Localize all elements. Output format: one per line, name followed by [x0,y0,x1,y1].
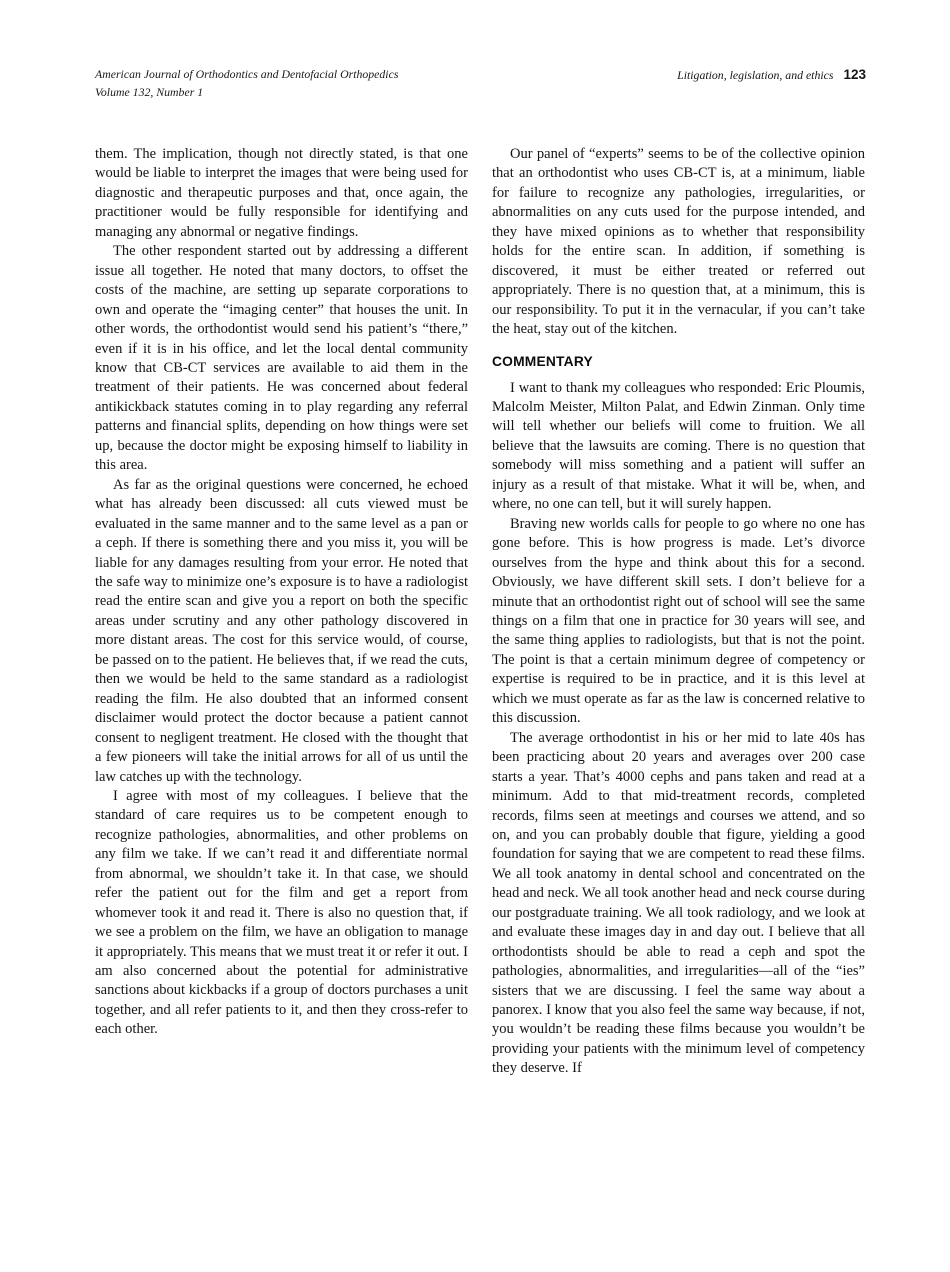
paragraph: Braving new worlds calls for people to g… [492,515,865,729]
paragraph: I agree with most of my colleagues. I be… [95,787,468,1040]
paragraph: The other respondent started out by addr… [95,242,468,475]
volume-info: Volume 132, Number 1 [95,84,398,102]
article-title: Litigation, legislation, and ethics [677,68,833,82]
section-heading-commentary: COMMENTARY [492,354,865,369]
journal-page: American Journal of Orthodontics and Den… [0,0,950,1272]
article-header: Litigation, legislation, and ethics123 [677,66,866,85]
right-column: Our panel of “experts” seems to be of th… [492,145,865,1079]
paragraph: I want to thank my colleagues who respon… [492,379,865,515]
paragraph: Our panel of “experts” seems to be of th… [492,145,865,340]
journal-identification: American Journal of Orthodontics and Den… [95,66,398,101]
article-body: them. The implication, though not direct… [95,145,866,1079]
paragraph: The average orthodontist in his or her m… [492,729,865,1079]
page-number: 123 [843,67,866,82]
journal-name: American Journal of Orthodontics and Den… [95,66,398,84]
left-column: them. The implication, though not direct… [95,145,468,1079]
running-head: American Journal of Orthodontics and Den… [95,66,866,101]
paragraph: As far as the original questions were co… [95,476,468,787]
paragraph: them. The implication, though not direct… [95,145,468,242]
